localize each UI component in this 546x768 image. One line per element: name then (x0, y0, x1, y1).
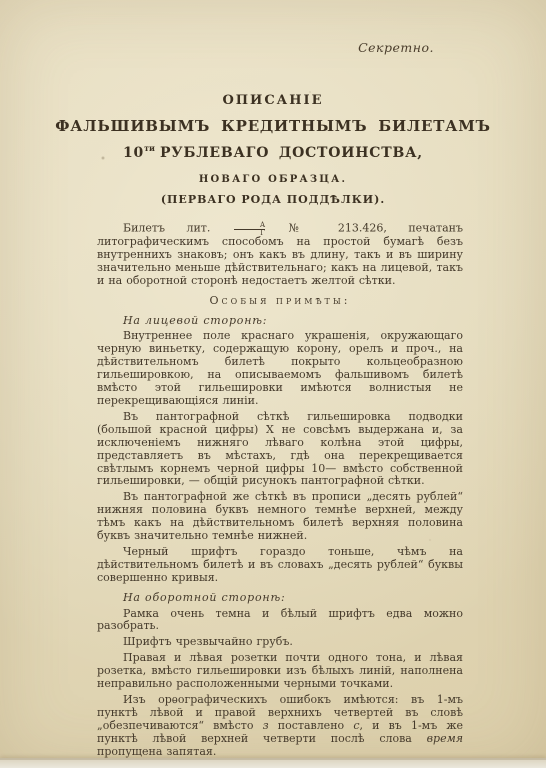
section-heading: Особыя примѣты: (97, 295, 463, 308)
denomination-number: 10 (123, 145, 144, 161)
paragraph: Въ пантографной же сѣткѣ въ прописи „дес… (97, 491, 463, 543)
series-fraction: АГ (234, 222, 265, 236)
title-line-1: ОПИСАНІЕ (0, 93, 546, 108)
title-line-2: ФАЛЬШИВЫМЪ КРЕДИТНЫМЪ БИЛЕТАМЪ (0, 117, 546, 135)
document-body: Билетъ лит. АГ № 213.426, печатанъ литог… (97, 219, 463, 759)
paragraph: Правая и лѣвая розетки почти одного тона… (97, 652, 463, 691)
paper-bottom-edge (0, 758, 546, 768)
title-block: ОПИСАНІЕ ФАЛЬШИВЫМЪ КРЕДИТНЫМЪ БИЛЕТАМЪ … (0, 93, 546, 206)
title-line-5: (ПЕРВАГО РОДА ПОДДѢЛКИ). (0, 193, 546, 206)
paragraph: Изъ орѳографическихъ ошибокъ имѣются: въ… (97, 694, 463, 759)
paragraph: Внутреннее поле краснаго украшенія, окру… (97, 330, 463, 407)
denomination-text: РУБЛЕВАГО ДОСТОИНСТВА, (160, 145, 423, 161)
paragraph: Рамка очень темна и бѣлый шрифтъ едва мо… (97, 608, 463, 634)
paragraph: Черный шрифтъ гораздо тоньше, чѣмъ на дѣ… (97, 546, 463, 585)
document-page: Секретно. ОПИСАНІЕ ФАЛЬШИВЫМЪ КРЕДИТНЫМЪ… (0, 0, 546, 768)
paragraph: Шрифтъ чрезвычайно грубъ. (97, 636, 463, 649)
classification-stamp: Секретно. (358, 40, 434, 55)
side-heading: На оборотной сторонѣ: (97, 592, 463, 605)
title-line-3: 10тиРУБЛЕВАГО ДОСТОИНСТВА, (0, 143, 546, 161)
paragraph: Въ пантографной сѣткѣ гильешировка подво… (97, 411, 463, 488)
side-heading: На лицевой сторонѣ: (97, 315, 463, 328)
paragraph: Билетъ лит. АГ № 213.426, печатанъ литог… (97, 222, 463, 288)
title-line-4: НОВАГО ОБРАЗЦА. (0, 174, 546, 185)
denomination-suffix: ти (144, 143, 155, 153)
